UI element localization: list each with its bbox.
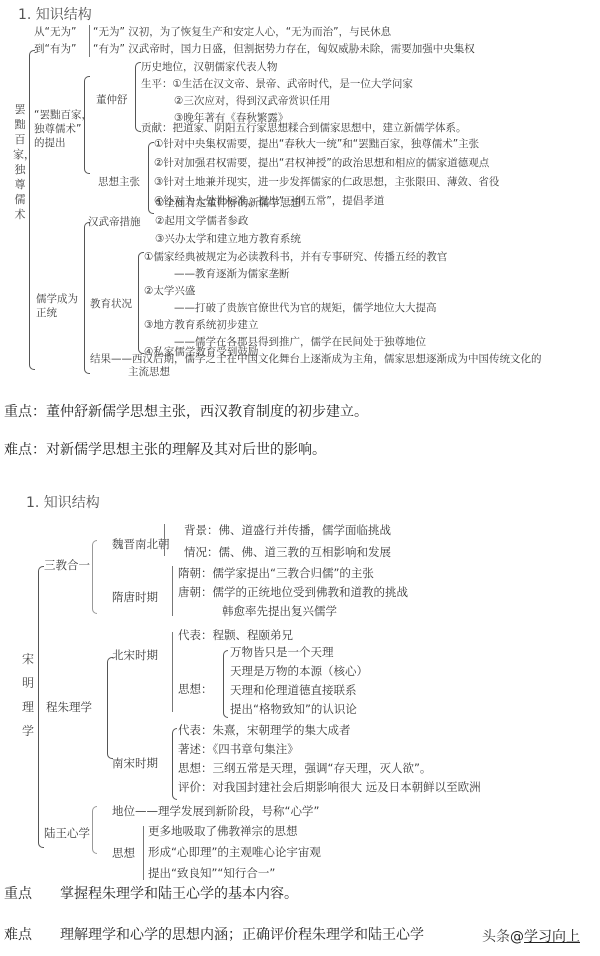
luwang-idea-3: 提出“致良知”“知行合一” (148, 866, 275, 881)
suitang-line-2: 唐朝：儒学的正统地位受到佛教和道教的挑战 (178, 585, 408, 600)
section2-key-point: 掌握程朱理学和陆王心学的基本内容。 (60, 885, 298, 903)
measures-label: 汉武帝措施 (88, 215, 141, 229)
watermark-prefix: 头条 (482, 929, 510, 945)
sanjiao-brace (92, 540, 97, 614)
section2-key-point-label: 重点 (4, 885, 32, 903)
ideas-line-3: ③针对土地兼并现实，进一步发挥儒家的仁政思想，主张限田、薄敛、省役 (154, 175, 499, 189)
beisong-idea-3: 天理和伦理道德直接联系 (230, 683, 357, 698)
wuwei-divider (89, 25, 90, 57)
chengzhu-brace (107, 657, 113, 759)
education-line-3: ②太学兴盛 (144, 284, 195, 298)
education-line-4: ——打破了贵族官僚世代为官的规矩，儒学地位大大提高 (174, 301, 437, 315)
root-brace (29, 50, 35, 370)
dong-label: 董仲舒 (96, 93, 128, 107)
beisong-idea-2: 天理是万物的本源（核心） (230, 664, 368, 679)
luwang-idea-1: 更多地吸取了佛教禅宗的思想 (148, 824, 298, 839)
suitang-label: 隋唐时期 (112, 590, 158, 605)
wuwei-line: “无为” 汉初，为了恢复生产和安定人心，“无为而治”，与民休息 (93, 25, 391, 39)
section1-key-point: 重点：董仲舒新儒学思想主张，西汉教育制度的初步建立。 (4, 403, 368, 421)
orthodoxy-label-2: 正统 (36, 306, 57, 320)
education-label: 教育状况 (90, 297, 132, 311)
proposal-label-2: 独尊儒术” (34, 122, 81, 136)
ideas-line-2: ②针对加强君权需要，提出“君权神授”的政治思想和相应的儒家道德观点 (154, 156, 489, 170)
watermark-at: @ (510, 929, 524, 945)
youwei-line: “有为” 汉武帝时，国力日盛，但割据势力存在，匈奴威胁未除，需要加强中央集权 (93, 42, 475, 56)
result-line-2: 主流思想 (128, 365, 170, 379)
dong-line-2: 生平：①生活在汉文帝、景帝、武帝时代，是一位大学问家 (141, 77, 413, 91)
weijin-label: 魏晋南北朝 (112, 537, 170, 552)
beisong-idea-4: 提出“格物致知”的认识论 (230, 702, 357, 717)
section2-heading: 1. 知识结构 (26, 492, 100, 512)
watermark: 头条@学习向上 (482, 926, 580, 946)
section2-root-label: 宋明理学 (20, 647, 36, 743)
weijin-divider (164, 524, 165, 556)
sanjiao-label: 三教合一 (44, 558, 90, 573)
orthodoxy-label-1: 儒学成为 (36, 292, 78, 306)
luwang-label: 陆王心学 (44, 826, 90, 841)
beisong-rep: 代表：程颢、程颐弟兄 (178, 628, 293, 643)
education-line-1: ①儒家经典被规定为必读教科书，并有专事研究、传播五经的教官 (144, 250, 447, 264)
from-wuwei-label-2: 到“有为” (34, 42, 76, 56)
section2-difficulty: 理解理学和心学的思想内涵；正确评价程朱理学和陆王心学 (60, 926, 424, 944)
result-line-1: 结果——西汉后期，儒学之士在中国文化舞台上逐渐成为主角，儒家思想逐渐成为中国传统… (90, 352, 542, 366)
measures-line-2: ②起用文学儒者参政 (155, 214, 248, 228)
section2-root-brace (38, 566, 44, 848)
from-wuwei-label-1: 从“无为” (34, 25, 76, 39)
ideas-line-1: ①针对中央集权需要，提出“春秋大一统”和“罢黜百家，独尊儒术”主张 (154, 137, 479, 151)
luwang-ideas-divider (143, 826, 144, 880)
ideas-label: 思想主张 (98, 175, 140, 189)
beisong-idea-label: 思想： (178, 682, 213, 697)
chengzhu-label: 程朱理学 (46, 700, 92, 715)
suitang-divider (172, 566, 173, 616)
nansong-line-2: 著述：《四书章句集注》 (178, 742, 299, 757)
nansong-line-4: 评价：对我国封建社会后期影响很大 远及日本朝鲜以至欧洲 (178, 780, 481, 795)
weijin-line-2: 情况：儒、佛、道三教的互相影响和发展 (184, 545, 391, 560)
dong-line-5: 贡献：把道家、阴阳五行家思想糅合到儒家思想中，建立新儒学体系。 (141, 121, 467, 135)
beisong-idea-1: 万物皆只是一个天理 (230, 645, 334, 660)
weijin-line-1: 背景：佛、道盛行并传播，儒学面临挑战 (184, 523, 391, 538)
watermark-name[interactable]: 学习向上 (524, 929, 580, 945)
luwang-status: 地位——理学发展到新阶段，号称“心学” (112, 804, 319, 819)
section1-difficulty: 难点：对新儒学思想主张的理解及其对后世的影响。 (4, 441, 326, 459)
proposal-label-3: 的提出 (34, 136, 66, 150)
luwang-idea-label: 思想 (112, 846, 135, 861)
root-label-text: 宋明理学 (22, 652, 34, 738)
suitang-line-3: 韩愈率先提出复兴儒学 (222, 604, 337, 619)
nansong-label: 南宋时期 (112, 756, 158, 771)
education-line-2: ——教育逐渐为儒家垄断 (174, 267, 290, 281)
suitang-line-1: 隋朝：儒学家提出“三教合归儒”的主张 (178, 566, 374, 581)
dong-line-1: 历史地位，汉朝儒家代表人物 (141, 60, 278, 74)
beisong-divider (172, 632, 173, 712)
measures-line-3: ③兴办太学和建立地方教育系统 (155, 232, 301, 246)
education-line-5: ③地方教育系统初步建立 (144, 318, 258, 332)
nansong-brace (172, 728, 177, 800)
beisong-ideas-brace (223, 650, 228, 718)
section1-heading: 1. 知识结构 (18, 4, 92, 24)
luwang-idea-2: 形成“心即理”的主观唯心论宇宙观 (148, 845, 321, 860)
education-brace (138, 252, 144, 354)
dong-line-3: ②三次应对，得到汉武帝赏识任用 (174, 94, 330, 108)
section2-difficulty-label: 难点 (4, 926, 32, 944)
section1-root-label: 罢黜百家，独尊儒术 (13, 102, 27, 222)
measures-line-1: ①全面肯定董仲舒的新儒学思想 (155, 196, 301, 210)
luwang-brace (92, 806, 97, 854)
beisong-label: 北宋时期 (112, 648, 158, 663)
nansong-line-1: 代表：朱熹，宋朝理学的集大成者 (178, 723, 351, 738)
nansong-line-3: 思想：三纲五常是天理，强调“存天理，灭人欲”。 (178, 761, 431, 776)
proposal-brace (84, 76, 90, 174)
